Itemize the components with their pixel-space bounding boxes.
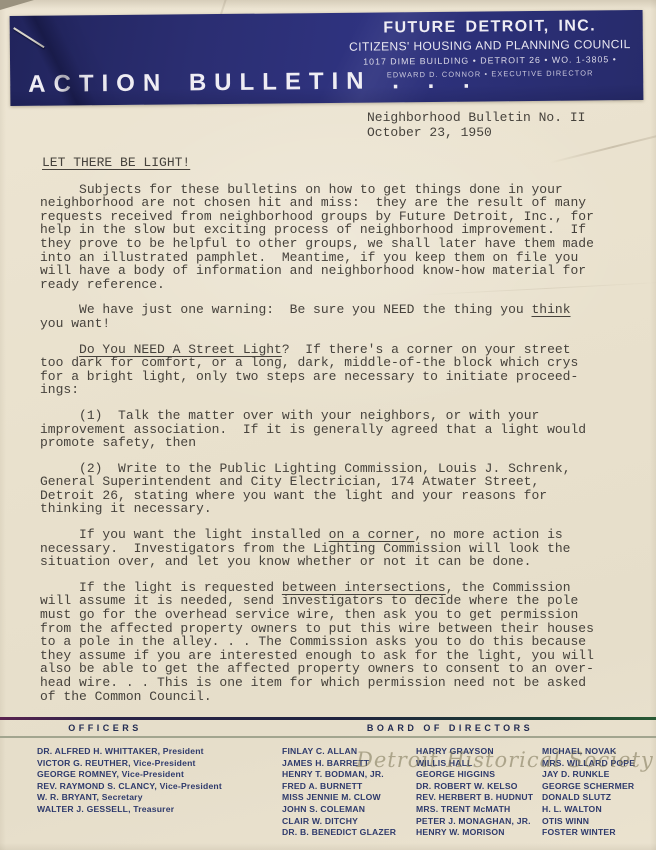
body-heading: LET THERE BE LIGHT! xyxy=(42,156,632,170)
person-name: HENRY W. MORISON xyxy=(416,827,533,839)
person-name: REV. HERBERT B. HUDNUT xyxy=(416,792,533,804)
person-name: FOSTER WINTER xyxy=(542,827,635,839)
person-name: GEORGE SCHERMER xyxy=(542,781,635,793)
person-name: WALTER J. GESSELL, Treasurer xyxy=(37,804,222,816)
staple xyxy=(13,27,44,48)
paragraph: If you want the light installed on a cor… xyxy=(40,528,632,569)
archive-watermark: Detroit Historical Society xyxy=(356,748,654,772)
letterhead-banner: FUTURE DETROIT, INC. CITIZENS' HOUSING A… xyxy=(10,10,644,106)
person-name: CLAIR W. DITCHY xyxy=(282,816,396,828)
paragraph: Do You NEED A Street Light? If there's a… xyxy=(40,343,632,397)
person-name: REV. RAYMOND S. CLANCY, Vice-President xyxy=(37,781,222,793)
person-name: DR. ALFRED H. WHITTAKER, President xyxy=(37,746,222,758)
person-name: OTIS WINN xyxy=(542,816,635,828)
person-name: MISS JENNIE M. CLOW xyxy=(282,792,396,804)
paragraphs: Subjects for these bulletins on how to g… xyxy=(40,183,632,704)
person-name: DR. B. BENEDICT GLAZER xyxy=(282,827,396,839)
officers-heading: OFFICERS xyxy=(10,723,200,733)
paragraph: If the light is requested between inters… xyxy=(40,581,632,703)
torn-corner xyxy=(0,0,34,10)
paragraph: Subjects for these bulletins on how to g… xyxy=(40,183,632,292)
address-line: 1017 DIME BUILDING • DETROIT 26 • WO. 1-… xyxy=(349,54,631,67)
bulletin-body: LET THERE BE LIGHT! Subjects for these b… xyxy=(40,156,632,715)
bulletin-date: October 23, 1950 xyxy=(367,126,585,141)
paragraph: (1) Talk the matter over with your neigh… xyxy=(40,409,632,450)
council-name: CITIZENS' HOUSING AND PLANNING COUNCIL xyxy=(349,37,631,54)
person-name: PETER J. MONAGHAN, JR. xyxy=(416,816,533,828)
bulletin-number: Neighborhood Bulletin No. II xyxy=(367,111,585,126)
person-name: JOHN S. COLEMAN xyxy=(282,804,396,816)
paragraph: We have just one warning: Be sure you NE… xyxy=(40,303,632,330)
person-name: H. L. WALTON xyxy=(542,804,635,816)
scanned-bulletin-page: FUTURE DETROIT, INC. CITIZENS' HOUSING A… xyxy=(0,0,656,850)
board-of-directors-heading: BOARD OF DIRECTORS xyxy=(330,723,570,733)
person-name: GEORGE ROMNEY, Vice-President xyxy=(37,769,222,781)
divider-line-thin xyxy=(0,736,656,738)
divider-line-dark xyxy=(0,717,656,720)
person-name: FRED A. BURNETT xyxy=(282,781,396,793)
person-name: VICTOR G. REUTHER, Vice-President xyxy=(37,758,222,770)
person-name: MRS. TRENT McMATH xyxy=(416,804,533,816)
person-name: DONALD SLUTZ xyxy=(542,792,635,804)
officers-list: DR. ALFRED H. WHITTAKER, PresidentVICTOR… xyxy=(37,746,222,816)
person-name: DR. ROBERT W. KELSO xyxy=(416,781,533,793)
org-name: FUTURE DETROIT, INC. xyxy=(349,17,631,38)
paragraph: (2) Write to the Public Lighting Commiss… xyxy=(40,462,632,516)
person-name: W. R. BRYANT, Secretary xyxy=(37,792,222,804)
bulletin-meta: Neighborhood Bulletin No. II October 23,… xyxy=(367,111,585,140)
action-bulletin-title: ACTION BULLETIN . . . xyxy=(28,67,478,99)
